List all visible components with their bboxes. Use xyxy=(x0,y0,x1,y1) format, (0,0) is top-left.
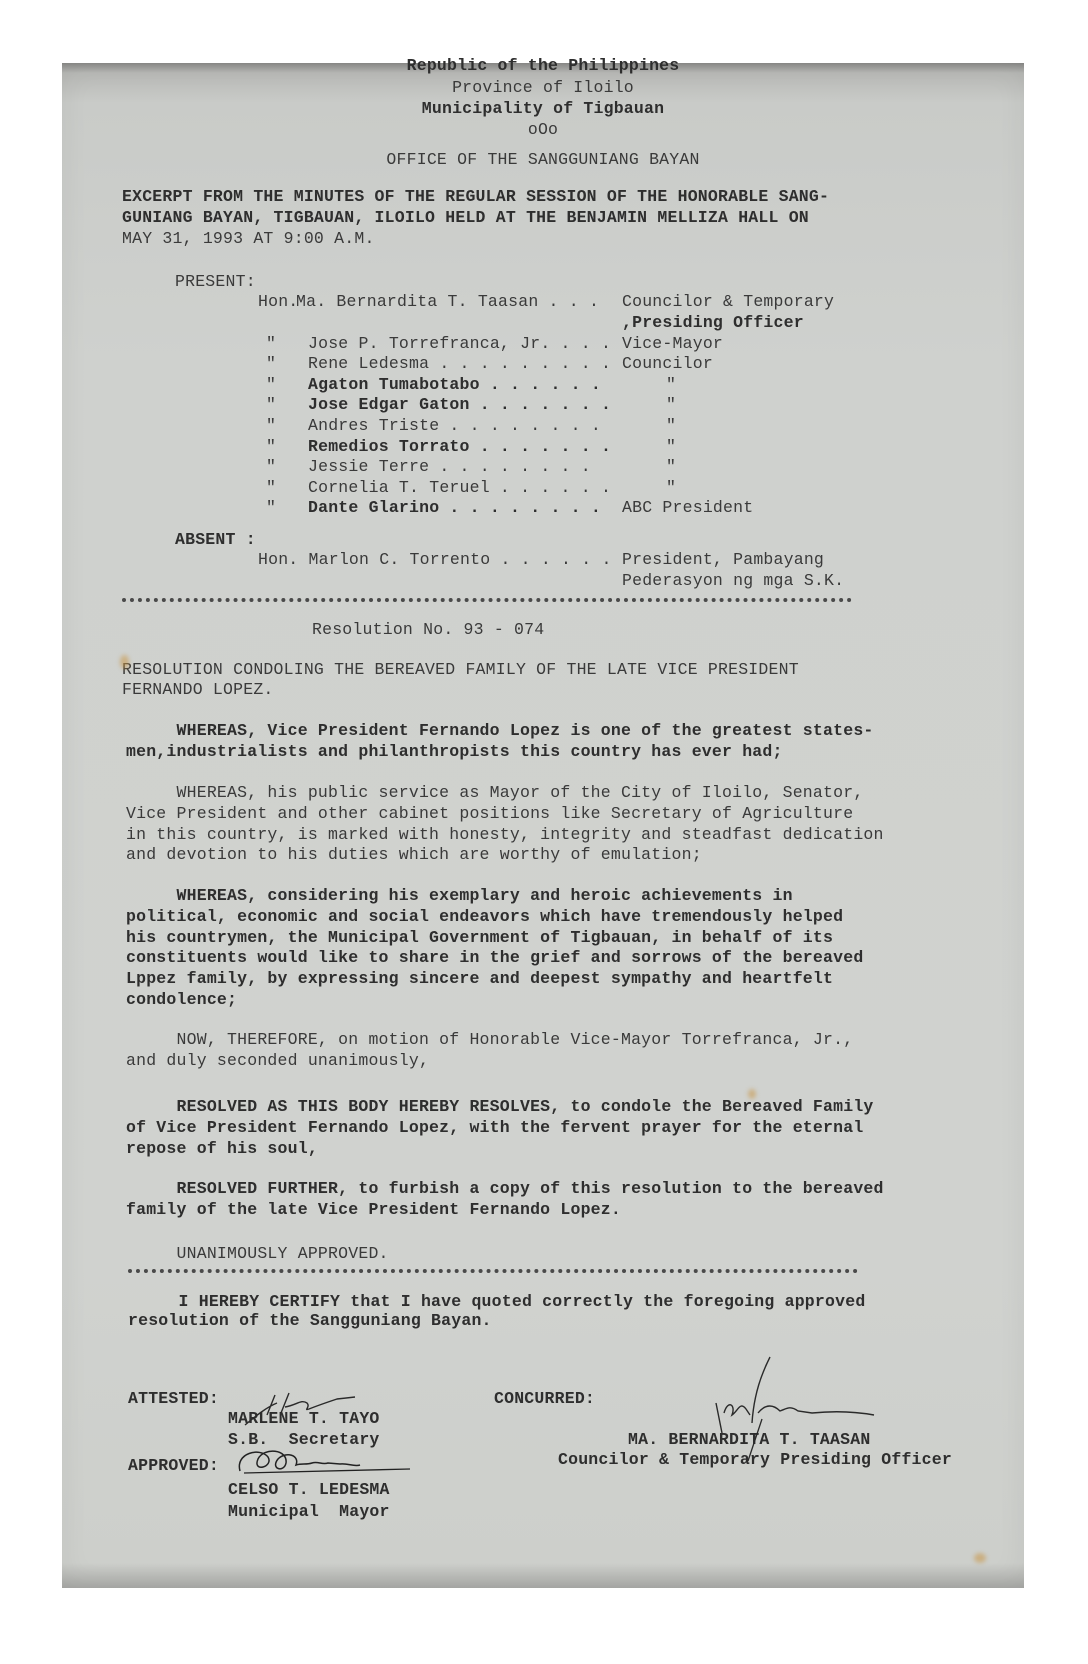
absent-label: ABSENT : xyxy=(175,529,256,550)
approved-title: Municipal Mayor xyxy=(228,1501,390,1522)
attendee-role: " xyxy=(666,477,676,498)
attendee-role: " xyxy=(666,415,676,436)
attendee-prefix: " xyxy=(266,394,276,415)
stain xyxy=(974,1553,986,1563)
excerpt-line: MAY 31, 1993 AT 9:00 A.M. xyxy=(122,228,375,249)
attendee-role: Councilor & Temporary xyxy=(622,291,834,312)
resolution-title-line: FERNANDO LOPEZ. xyxy=(122,679,274,700)
absentee-role: President, Pambayang xyxy=(622,549,824,570)
stain xyxy=(748,1089,756,1099)
attendee-role: " xyxy=(666,394,676,415)
attendee-name: Agaton Tumabotabo . . . . . . xyxy=(308,374,601,395)
attendee-prefix: " xyxy=(266,333,276,354)
attendee-role: Vice-Mayor xyxy=(622,333,723,354)
resolution-paragraph-line: men,industrialists and philanthropists t… xyxy=(126,741,783,762)
resolution-paragraph-line: RESOLVED AS THIS BODY HEREBY RESOLVES, t… xyxy=(126,1096,874,1117)
approved-label: APPROVED: xyxy=(128,1455,219,1476)
attendee-prefix: " xyxy=(266,497,276,518)
attendee-prefix: " xyxy=(266,415,276,436)
present-label: PRESENT: xyxy=(175,271,256,292)
attendee-name: Jessie Terre . . . . . . . . xyxy=(308,456,591,477)
stain xyxy=(120,655,129,669)
signature-tayo xyxy=(237,1385,367,1435)
attendee-role: " xyxy=(666,436,676,457)
resolution-paragraph-line: UNANIMOUSLY APPROVED. xyxy=(126,1243,389,1264)
absentee-name: Hon. Marlon C. Torrento . . . . . . xyxy=(258,549,612,570)
attendee-name: Dante Glarino . . . . . . . . xyxy=(308,497,601,518)
header-republic: Republic of the Philippines xyxy=(62,55,1024,76)
dashed-divider xyxy=(122,598,852,602)
signature-taasan xyxy=(702,1353,892,1463)
resolution-paragraph-line: and devotion to his duties which are wor… xyxy=(126,844,702,865)
attendee-role: Councilor xyxy=(622,353,713,374)
attendee-role: " xyxy=(666,374,676,395)
resolution-paragraph-line: family of the late Vice President Fernan… xyxy=(126,1199,621,1220)
attendee-prefix: Hon. xyxy=(258,291,298,312)
attendee-name: Jose P. Torrefranca, Jr. . . . xyxy=(308,333,611,354)
attendee-role: " xyxy=(666,456,676,477)
resolution-paragraph-line: his countrymen, the Municipal Government… xyxy=(126,927,833,948)
resolution-paragraph-line: condolence; xyxy=(126,989,237,1010)
resolution-paragraph-line: WHEREAS, Vice President Fernando Lopez i… xyxy=(126,720,874,741)
header-province: Province of Iloilo xyxy=(62,77,1024,98)
resolution-paragraph-line: WHEREAS, considering his exemplary and h… xyxy=(126,885,793,906)
attendee-name: Jose Edgar Gaton . . . . . . . xyxy=(308,394,611,415)
resolution-paragraph-line: Lppez family, by expressing sincere and … xyxy=(126,968,833,989)
signature-ledesma xyxy=(230,1443,420,1483)
resolution-paragraph-line: constituents would like to share in the … xyxy=(126,947,863,968)
absentee-role: Pederasyon ng mga S.K. xyxy=(622,570,844,591)
resolution-paragraph-line: of Vice President Fernando Lopez, with t… xyxy=(126,1117,863,1138)
resolution-paragraph-line: repose of his soul, xyxy=(126,1138,318,1159)
concurred-label: CONCURRED: xyxy=(494,1388,595,1409)
attendee-prefix: " xyxy=(266,436,276,457)
attendee-name: Rene Ledesma . . . . . . . . . xyxy=(308,353,611,374)
resolution-paragraph-line: and duly seconded unanimously, xyxy=(126,1050,429,1071)
attendee-prefix: " xyxy=(266,353,276,374)
resolution-paragraph-line: in this country, is marked with honesty,… xyxy=(126,824,884,845)
resolution-paragraph-line: Vice President and other cabinet positio… xyxy=(126,803,853,824)
resolution-number: Resolution No. 93 - 074 xyxy=(312,619,544,640)
attested-label: ATTESTED: xyxy=(128,1388,219,1409)
attendee-role: ,Presiding Officer xyxy=(622,312,804,333)
excerpt-line: EXCERPT FROM THE MINUTES OF THE REGULAR … xyxy=(122,186,829,207)
document-page: Republic of the Philippines Province of … xyxy=(62,63,1024,1588)
attendee-role: ABC President xyxy=(622,497,753,518)
certification-line: I HEREBY CERTIFY that I have quoted corr… xyxy=(128,1291,865,1312)
attendee-name: Cornelia T. Teruel . . . . . . xyxy=(308,477,611,498)
attendee-prefix: " xyxy=(266,374,276,395)
attendee-name: Ma. Bernardita T. Taasan . . . xyxy=(296,291,599,312)
attendee-name: Remedios Torrato . . . . . . . xyxy=(308,436,611,457)
attendee-prefix: " xyxy=(266,477,276,498)
resolution-paragraph-line: NOW, THEREFORE, on motion of Honorable V… xyxy=(126,1029,853,1050)
header-municipality: Municipality of Tigbauan xyxy=(62,98,1024,119)
resolution-paragraph-line: RESOLVED FURTHER, to furbish a copy of t… xyxy=(126,1178,884,1199)
resolution-paragraph-line: WHEREAS, his public service as Mayor of … xyxy=(126,782,863,803)
attendee-prefix: " xyxy=(266,456,276,477)
resolution-title-line: RESOLUTION CONDOLING THE BEREAVED FAMILY… xyxy=(122,659,799,680)
resolution-paragraph-line: political, economic and social endeavors… xyxy=(126,906,843,927)
attendee-name: Andres Triste . . . . . . . . xyxy=(308,415,601,436)
dashed-divider xyxy=(128,1269,858,1273)
excerpt-line: GUNIANG BAYAN, TIGBAUAN, ILOILO HELD AT … xyxy=(122,207,809,228)
certification-line: resolution of the Sangguniang Bayan. xyxy=(128,1310,492,1331)
office-title: OFFICE OF THE SANGGUNIANG BAYAN xyxy=(62,149,1024,170)
header-ornament: oOo xyxy=(62,119,1024,140)
